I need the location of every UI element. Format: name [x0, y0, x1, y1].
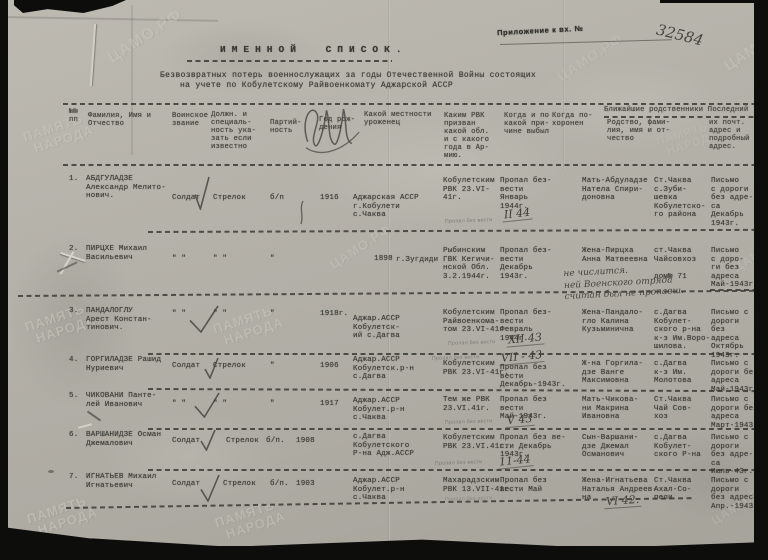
checkmark-icon — [194, 176, 210, 215]
document-subtitle-line2: на учете по Кобулетскому Райвоенкомату А… — [180, 82, 453, 91]
header-cell-buried: Когда по- хоронен — [552, 112, 593, 128]
handwritten-scribble — [299, 98, 365, 165]
cell-party: " — [270, 255, 275, 264]
cell-drafted: Кобулетским РВК 23.VI.41г. — [443, 434, 509, 451]
scan-edge-right — [754, 0, 768, 560]
cell-name: АБДГУЛАДЗЕ Александр Мелито- нович. — [86, 175, 166, 201]
cell-addr: Ст.Чаква Ахал-Со- пели — [654, 477, 692, 503]
header-cell-rank: Воинское звание — [172, 112, 208, 128]
paper-sheet: ЦАМО.РФЦАМО.РФЦАМО.РФПАМЯТЬНАРОДАЦАМО.РФ… — [8, 0, 755, 546]
missing-in-action-stamp: Пропал без вести — [435, 459, 483, 467]
cell-rel: Жена-Пандало- гло Калина Кузьминична — [582, 309, 643, 335]
cell-num: 5. — [69, 392, 78, 401]
cell-drafted: Рыбинским ГВК Кегичи- нской Обл. 3.2.194… — [443, 247, 495, 281]
cell-birth: Аджарская АССР г.Кобулети с.Чаква — [353, 194, 419, 220]
cell-birth: Аджар.АССР Кобулетск.р-н с.Дагва — [353, 356, 414, 382]
dashed-rule — [148, 388, 758, 392]
cell-fate: Пропал без вести Май — [500, 477, 547, 494]
dashed-rule — [148, 229, 760, 233]
cell-year: 1903 — [296, 480, 315, 489]
checkmark-icon — [194, 392, 220, 423]
cell-year: 1908 — [296, 437, 315, 446]
cell-num: 1. — [69, 175, 78, 184]
document-title: ИМЕННОЙ СПИСОК. — [220, 44, 408, 55]
handwritten-date-note: XII 43 — [505, 330, 544, 347]
stamp-underline — [500, 39, 672, 45]
cell-duty: Стрелок — [223, 480, 256, 489]
incoming-stamp: Приложение к вх. № — [497, 24, 584, 38]
cell-rel: Мать-Чикова- ни Макрина Ивановна — [582, 396, 638, 422]
handwritten-date-note: VI 42. — [604, 493, 642, 510]
watermark-line: ПАМЯТЬ — [211, 302, 281, 337]
cell-rank: Солдат — [172, 480, 200, 489]
cell-birth: Аджар.АССР Кобулет.р-н с.Чаква — [353, 397, 405, 423]
cell-num: 3. — [69, 307, 78, 316]
cell-rel: Мать-Абдуладзе Натела Спири- доновна — [582, 177, 648, 203]
cell-rel: Сын-Варшани- дзе Джемал Османович — [582, 434, 638, 460]
fold-crease — [8, 16, 218, 21]
handwritten-date-note: II 44 — [501, 205, 532, 222]
cell-name: ИГНАТЬЕВ Михаил Игнатьевич — [86, 473, 157, 490]
cell-duty: " " — [213, 255, 227, 264]
cell-fate: Пропал без- вести Декабрь 1943г. — [500, 247, 552, 281]
cell-num: 2. — [69, 245, 78, 254]
cell-addr: Ст.Чаква с.Зуби- шевка Кобулетско- го ра… — [654, 177, 706, 220]
header-cell-name: Фамилия, Имя и Отчество — [88, 112, 151, 128]
header-cell-rel: Родство, фами- лия, имя и от- чество — [607, 119, 670, 143]
paper-tear — [90, 24, 96, 86]
cell-birth: с.Дагва Кобулетского Р-на Адж.АССР — [353, 433, 414, 459]
cell-fate: Пропал без вести Декабрь-1943г. — [500, 364, 566, 390]
header-cell-relatives-span: Ближайшие родственники Последний — [604, 106, 748, 114]
paper-tear — [78, 423, 92, 429]
cell-year: 1906 — [320, 362, 339, 371]
cell-name: ПИРЦХЕ Михаил Васильевич — [86, 245, 147, 262]
cell-year: 1918г. — [320, 310, 348, 319]
cell-letter: Письмо с дороги без адре- са Июль-43г. — [711, 434, 755, 477]
cell-rank: " " — [172, 310, 186, 319]
cell-letter: Письмо с дороги без адреса Октябрь 1943г… — [711, 309, 755, 361]
cell-name: ГОРГИЛАДЗЕ Рашид Нуриевич — [86, 356, 161, 373]
dashed-rule — [63, 164, 763, 166]
cell-addr: с.Дагва Кобулет- ского р-на к-з Им.Воро-… — [654, 309, 710, 352]
watermark-line: ПАМЯТЬ — [213, 496, 283, 531]
watermark-line: НАРОДА — [32, 123, 95, 155]
dashed-rule — [148, 469, 758, 471]
cell-name: ЧИКОВАНИ Панте- лей Иванович — [86, 392, 157, 409]
scan-edge-left — [0, 0, 8, 560]
cell-rank: Солдат — [172, 437, 200, 446]
cell-party: " — [270, 310, 275, 319]
cell-num: 4. — [69, 356, 78, 365]
watermark-line: НАРОДА — [224, 509, 287, 541]
scanned-document: ЦАМО.РФЦАМО.РФЦАМО.РФПАМЯТЬНАРОДАЦАМО.РФ… — [0, 0, 768, 560]
cell-birth: Аджар.АССР Кобулет.р-н с.Чаква — [353, 477, 405, 503]
cell-addr: с.Дагва Кобулет- ского Р-на — [654, 434, 701, 460]
cell-addr: с.Дагва к-з Им. Молотова — [654, 360, 692, 386]
missing-in-action-stamp: Пропал без вести — [445, 217, 493, 225]
header-cell-fate: Когда и по какой при- чине выбыл — [504, 112, 549, 136]
watermark-line: НАРОДА — [222, 315, 285, 347]
fold-crease — [131, 5, 133, 155]
cell-num: 6. — [69, 431, 78, 440]
cell-drafted: Кобулетским РВК 23.VI- 41г. — [443, 177, 495, 203]
watermark-line: ПАМЯТЬ — [25, 492, 95, 527]
handwritten-stroke — [298, 200, 306, 231]
checkmark-icon — [204, 357, 219, 384]
cell-party: " — [270, 400, 275, 409]
header-cell-duty: Должн. и специаль- ность ука- зать если … — [211, 111, 256, 151]
missing-in-action-stamp: Пропал без вести — [448, 339, 496, 347]
cell-duty: Стрелок — [226, 437, 259, 446]
watermark-camo: ЦАМО.РФ — [555, 31, 626, 84]
cell-year: 1898 — [374, 255, 393, 264]
checkmark-icon — [200, 429, 216, 456]
cell-party: б/п. — [270, 480, 289, 489]
cell-rank: " " — [172, 400, 186, 409]
cell-rank: Солдат — [172, 362, 200, 371]
paper-tear — [60, 251, 75, 275]
cell-letter: Письмо с дороги без адре- са Декабрь 194… — [711, 177, 755, 229]
header-cell-birth: Какой местности уроженец — [364, 111, 432, 127]
cell-name: ПАНДАЛОГЛУ Арест Констан- тинович. — [86, 307, 152, 333]
paper-tear — [48, 470, 54, 473]
handwritten-date-note: V 43 — [504, 412, 535, 429]
document-subtitle-line1: Безвозвратных потерь военнослужащих за г… — [160, 72, 536, 81]
cell-rel: Жена-Пирцха Анна Матвеевна — [582, 247, 648, 264]
dashed-rule — [63, 103, 766, 105]
cell-letter: Письмо с доро- ги без адреса Май-1943г — [711, 247, 753, 290]
header-cell-party: Партий- ность — [270, 119, 302, 135]
cell-birth: г.Зугдиди — [396, 256, 438, 265]
cell-duty: Стрелок — [213, 194, 246, 203]
watermark-pamyat-naroda: ПАМЯТЬНАРОДА — [21, 110, 95, 158]
cell-num: 7. — [69, 473, 78, 482]
handwritten-number: 32584 — [655, 20, 706, 49]
watermark-camo: ЦАМО.РФ — [105, 6, 185, 67]
cell-drafted: Кобулетским Райвоенкома- том 23.VI-41г — [443, 309, 504, 335]
header-cell-letter: их почт. адрес и подробный адрес. — [709, 119, 750, 151]
cell-party: " — [270, 362, 275, 371]
cell-year: 1916 — [320, 194, 339, 203]
paper-tear — [87, 411, 101, 422]
cell-rank: " " — [172, 255, 186, 264]
dashed-rule — [148, 428, 758, 430]
cell-letter: Письмо с дороги без адреса Май-1943г. — [711, 360, 758, 394]
cell-name: ВАРШАНИДЗЕ Осман Джемалович — [86, 431, 161, 448]
title-underline — [187, 60, 392, 62]
cell-year: 1917 — [320, 400, 339, 409]
cell-addr: Ст.Чаква Чай Сов- хоз — [654, 396, 692, 422]
cell-rel: Ж-на Горгила- дзе Ванге Максимовна — [582, 360, 643, 386]
header-cell-num: №№ пп — [69, 108, 78, 124]
missing-in-action-stamp: Пропал без вести — [445, 418, 493, 426]
watermark-line: ПАМЯТЬ — [21, 110, 91, 145]
cell-drafted: Тем же РВК 23.VI.41г. — [443, 396, 490, 413]
handwritten-annotation: не числится. ней Военского отряда считан… — [563, 263, 684, 304]
paper-tear — [57, 261, 78, 272]
scan-edge-top-right — [660, 0, 768, 3]
header-cell-drafted: Каким РВК призван какой обл. и с какого … — [444, 112, 489, 160]
handwritten-date-note: 11-44 — [496, 452, 533, 470]
checkmark-icon — [189, 305, 219, 338]
dashed-rule — [604, 116, 758, 118]
cell-party: б/п. — [266, 437, 285, 446]
watermark-line: ПАМЯТЬ — [23, 300, 93, 335]
paper-stain — [98, 410, 278, 505]
checkmark-icon — [200, 474, 220, 507]
cell-birth: Аджар.АССР Кобулетск- ий с.Дагва — [353, 315, 400, 341]
cell-party: б/п — [270, 194, 284, 203]
